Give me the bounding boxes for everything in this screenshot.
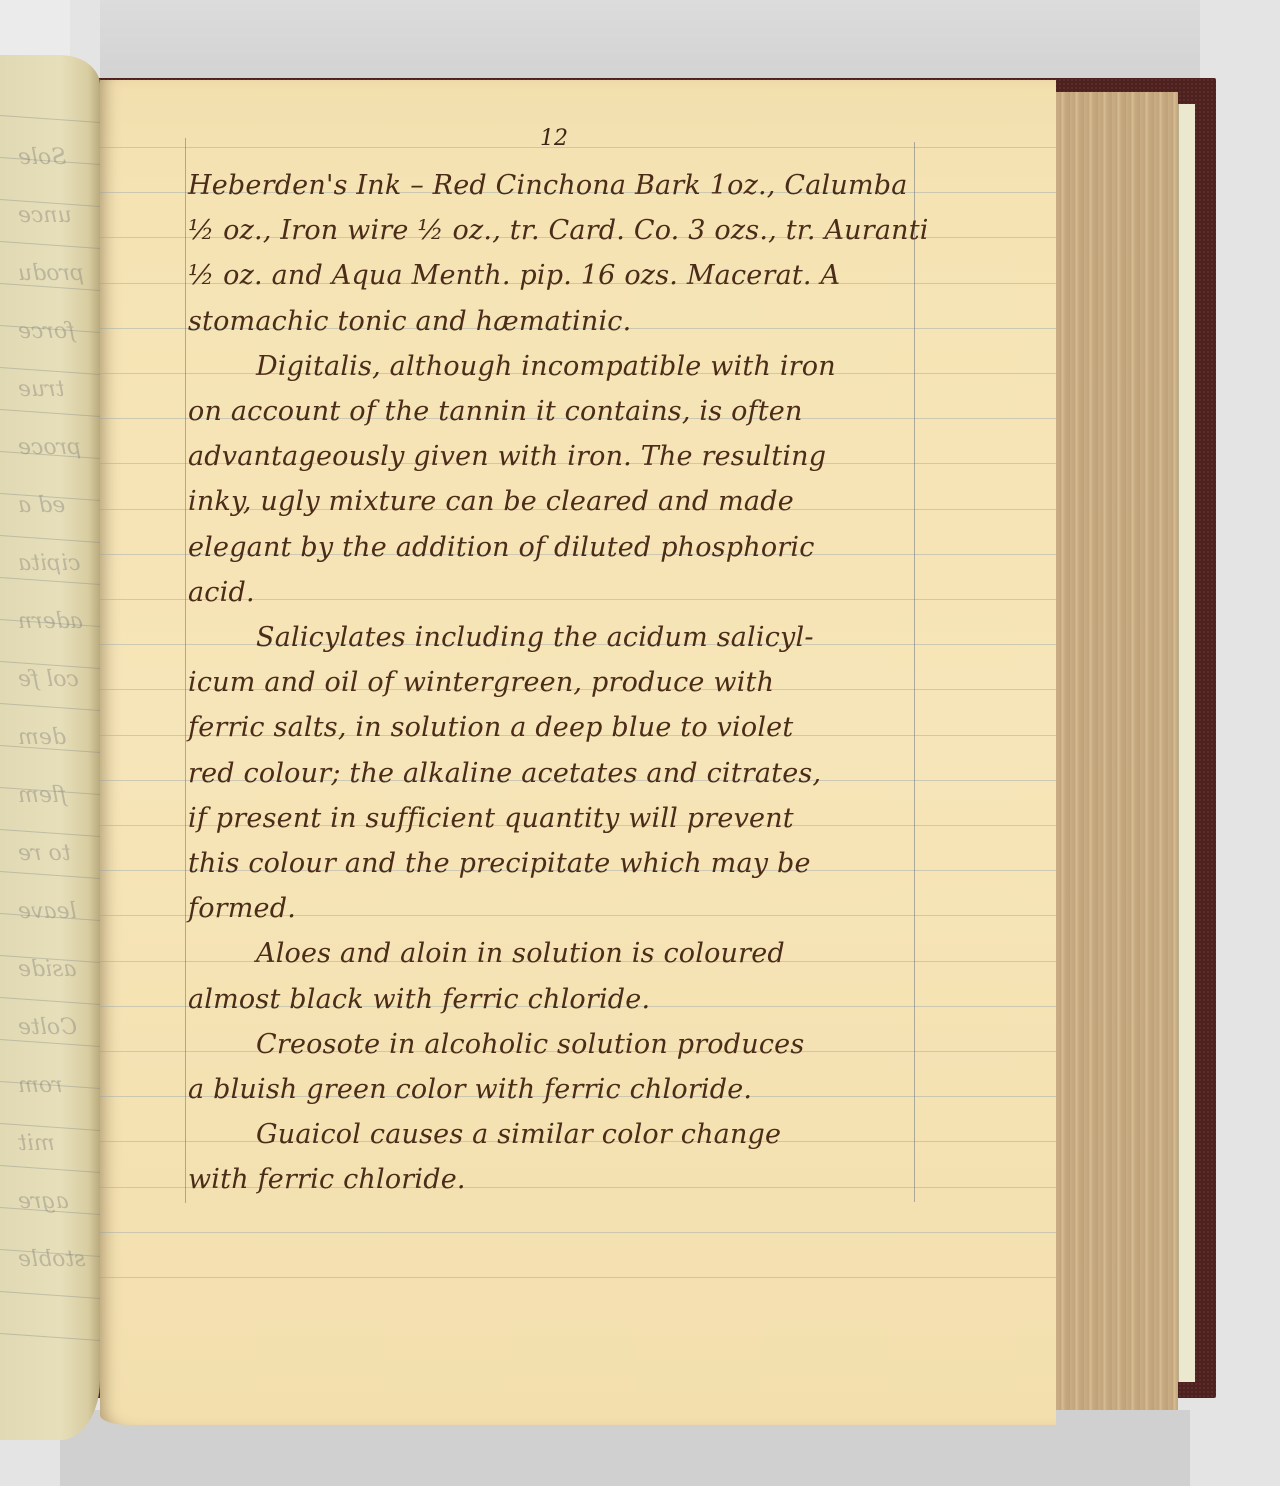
left-page-ruled-line bbox=[0, 1165, 100, 1173]
text-line: a bluish green color with ferric chlorid… bbox=[188, 1067, 923, 1112]
background bbox=[0, 0, 70, 60]
left-margin-line bbox=[185, 138, 186, 1203]
left-page-faded-text: aside bbox=[18, 957, 77, 982]
left-page-faded-text: stoble bbox=[18, 1247, 86, 1272]
text-line: stomachic tonic and hæmatinic. bbox=[188, 299, 923, 344]
endpaper bbox=[1178, 104, 1195, 1382]
text-line: Salicylates including the acidum salicyl… bbox=[188, 615, 923, 660]
left-page-faded-text: leave bbox=[18, 899, 77, 924]
left-page-ruled-line bbox=[0, 703, 100, 711]
left-page-faded-text: true bbox=[18, 377, 65, 402]
left-page-ruled-line bbox=[0, 1291, 100, 1299]
text-line: almost black with ferric chloride. bbox=[188, 977, 923, 1022]
left-page-faded-text: to re bbox=[18, 841, 71, 866]
left-page-ruled-line bbox=[0, 409, 100, 417]
left-page-faded-text: Colte bbox=[18, 1015, 77, 1040]
text-line: this colour and the precipitate which ma… bbox=[188, 841, 923, 886]
left-page-ruled-line bbox=[0, 577, 100, 585]
text-line: if present in sufficient quantity will p… bbox=[188, 796, 923, 841]
left-page-ruled-line bbox=[0, 1333, 100, 1341]
text-line: ferric salts, in solution a deep blue to… bbox=[188, 705, 923, 750]
text-line: Digitalis, although incompatible with ir… bbox=[188, 344, 923, 389]
text-line: ½ oz. and Aqua Menth. pip. 16 ozs. Macer… bbox=[188, 253, 923, 298]
left-page-ruled-line bbox=[0, 829, 100, 837]
text-line: Aloes and aloin in solution is coloured bbox=[188, 931, 923, 976]
left-page-faded-text: produ bbox=[18, 261, 84, 286]
text-line: formed. bbox=[188, 886, 923, 931]
text-line: advantageously given with iron. The resu… bbox=[188, 434, 923, 479]
left-page-faded-text: rom bbox=[18, 1073, 63, 1098]
background-shadow-top bbox=[100, 0, 1200, 82]
text-line: elegant by the addition of diluted phosp… bbox=[188, 525, 923, 570]
text-line: Guaicol causes a similar color change bbox=[188, 1112, 923, 1157]
left-page-faded-text: flem bbox=[18, 783, 67, 808]
text-line: inky, ugly mixture can be cleared and ma… bbox=[188, 479, 923, 524]
page-edges bbox=[1056, 92, 1178, 1410]
ruled-line bbox=[100, 147, 1056, 148]
ruled-line bbox=[100, 1277, 1056, 1278]
ruled-line bbox=[100, 1232, 1056, 1233]
left-page-ruled-line bbox=[0, 241, 100, 249]
text-line: with ferric chloride. bbox=[188, 1157, 923, 1202]
left-page-curled: Soleunceproduforcetrueproceed acipitaade… bbox=[0, 55, 100, 1440]
left-page-ruled-line bbox=[0, 367, 100, 375]
page-number: 12 bbox=[540, 126, 568, 151]
text-line: icum and oil of wintergreen, produce wit… bbox=[188, 660, 923, 705]
left-page-faded-text: Sole bbox=[18, 145, 66, 170]
left-page-faded-text: force bbox=[18, 319, 75, 344]
left-page-ruled-line bbox=[0, 1123, 100, 1131]
left-page-faded-text: proce bbox=[18, 435, 81, 460]
left-page-faded-text: cipita bbox=[18, 551, 80, 576]
left-page-ruled-line bbox=[0, 871, 100, 879]
left-page-faded-text: mit bbox=[18, 1131, 55, 1156]
left-page-faded-text: dem bbox=[18, 725, 66, 750]
left-page-ruled-line bbox=[0, 1039, 100, 1047]
left-page-faded-text: adern bbox=[18, 609, 83, 634]
left-page-faded-text: agre bbox=[18, 1189, 69, 1214]
text-line: Creosote in alcoholic solution produces bbox=[188, 1022, 923, 1067]
left-page-ruled-line bbox=[0, 535, 100, 543]
text-line: ½ oz., Iron wire ½ oz., tr. Card. Co. 3 … bbox=[188, 208, 923, 253]
text-line: Heberden's Ink – Red Cinchona Bark 1oz.,… bbox=[188, 163, 923, 208]
text-line: on account of the tannin it contains, is… bbox=[188, 389, 923, 434]
left-page-ruled-line bbox=[0, 115, 100, 123]
left-page-faded-text: unce bbox=[18, 203, 72, 228]
left-page-ruled-line bbox=[0, 997, 100, 1005]
text-line: acid. bbox=[188, 570, 923, 615]
text-line: red colour; the alkaline acetates and ci… bbox=[188, 751, 923, 796]
left-page-faded-text: ed a bbox=[18, 493, 65, 518]
left-page-faded-text: col fe bbox=[18, 667, 79, 692]
